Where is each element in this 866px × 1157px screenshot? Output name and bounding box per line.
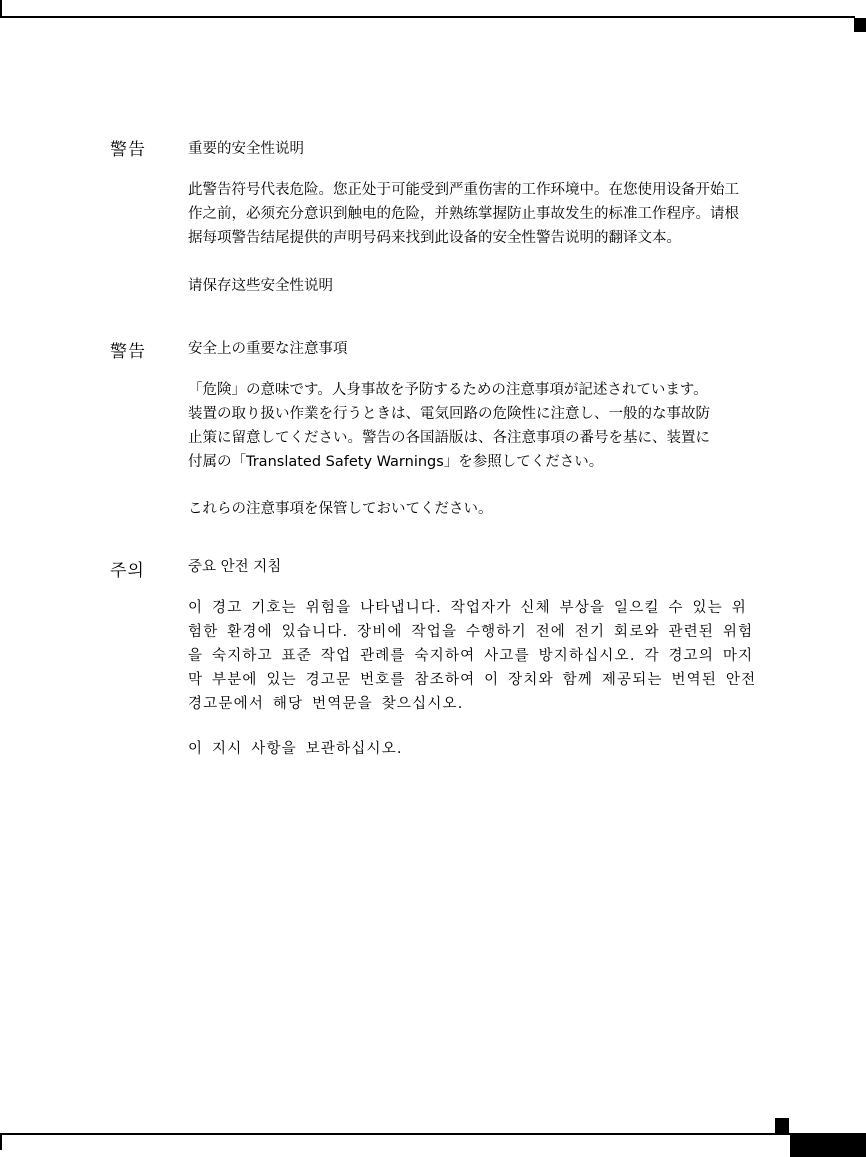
- footer-rule: [0, 1133, 790, 1135]
- paragraph-line: 止策に留意してください。警告の各国語版は、各注意事項の番号を基に、装置に: [188, 426, 848, 450]
- paragraph-line: 경고문에서 해당 번역문을 찾으십시오.: [188, 692, 848, 716]
- warning-paragraph: 此警告符号代表危险。您正处于可能受到严重伤害的工作环境中。在您使用设备开始工 作…: [188, 178, 848, 250]
- paragraph-line: 此警告符号代表危险。您正处于可能受到严重伤害的工作环境中。在您使用设备开始工: [188, 178, 848, 202]
- header-rule: [0, 16, 855, 18]
- footer-marker-small: [775, 1118, 789, 1134]
- save-instructions: 이 지시 사항을 보관하십시오.: [188, 737, 403, 758]
- warning-title: 重要的安全性说明: [188, 137, 304, 158]
- warning-title: 安全上の重要な注意事項: [188, 337, 348, 358]
- paragraph-line: 「危険」の意味です。人身事故を予防するための注意事項が記述されています。: [188, 378, 848, 402]
- paragraph-line: 付属の「Translated Safety Warnings」を参照してください…: [188, 450, 848, 474]
- paragraph-line: 막 부분에 있는 경고문 번호를 참조하여 이 장치와 함께 제공되는 번역된 …: [188, 668, 848, 692]
- warning-label: 警告: [110, 135, 146, 160]
- warning-paragraph: 「危険」の意味です。人身事故を予防するための注意事項が記述されています。 装置の…: [188, 378, 848, 474]
- paragraph-line: 作之前，必须充分意识到触电的危险，并熟练掌握防止事故发生的标准工作程序。请根: [188, 202, 848, 226]
- paragraph-line: 험한 환경에 있습니다. 장비에 작업을 수행하기 전에 전기 회로와 관련된 …: [188, 620, 848, 644]
- warning-paragraph: 이 경고 기호는 위험을 나타냅니다. 작업자가 신체 부상을 일으킬 수 있는…: [188, 596, 848, 716]
- warning-title: 중요 안전 지침: [188, 555, 281, 576]
- warning-label: 警告: [110, 337, 146, 362]
- footer-rule-tick: [0, 1133, 2, 1150]
- save-instructions: これらの注意事項を保管しておいてください。: [188, 497, 493, 518]
- paragraph-line: 을 숙지하고 표준 작업 관례를 숙지하여 사고를 방지하십시오. 각 경고의 …: [188, 644, 848, 668]
- header-marker-block: [854, 18, 866, 32]
- paragraph-line: 据每项警告结尾提供的声明号码来找到此设备的安全性警告说明的翻译文本。: [188, 226, 848, 250]
- save-instructions: 请保存这些安全性说明: [188, 274, 333, 295]
- paragraph-line: 이 경고 기호는 위험을 나타냅니다. 작업자가 신체 부상을 일으킬 수 있는…: [188, 596, 848, 620]
- paragraph-line: 装置の取り扱い作業を行うときは、電気回路の危険性に注意し、一般的な事故防: [188, 402, 848, 426]
- footer-page-block: [790, 1133, 866, 1157]
- warning-label: 주의: [110, 556, 145, 581]
